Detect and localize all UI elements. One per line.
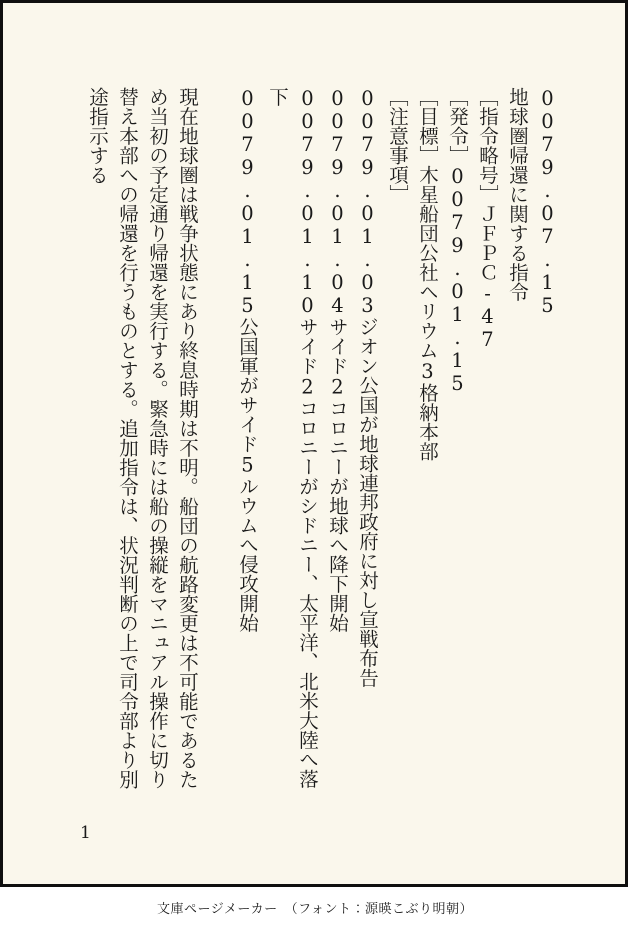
book-page: 0079.07.15 地球圏帰還に関する指令 ［指令略号］ＪＦＰＣ-47 ［発令… [0,0,628,887]
vertical-text-block: 0079.07.15 地球圏帰還に関する指令 ［指令略号］ＪＦＰＣ-47 ［発令… [82,87,562,794]
footer: 文庫ページメーカー （フォント：源暎こぶり明朝） [0,887,630,928]
blank-line [202,87,232,794]
text-line-event-2: 0079.01.04サイド2コロニーが地球へ降下開始 [322,87,352,794]
footer-caption: 文庫ページメーカー （フォント：源暎こぶり明朝） [157,898,473,917]
text-line-event-1: 0079.01.03ジオン公国が地球連邦政府に対し宣戦布告 [352,87,382,794]
text-line-title: 地球圏帰還に関する指令 [502,87,532,794]
text-line-directive-code: ［指令略号］ＪＦＰＣ-47 [472,87,502,794]
text-line-target: ［目標］木星船団公社ヘリウム3格納本部 [412,87,442,794]
text-line-date-header: 0079.07.15 [532,87,562,794]
body-paragraph: 現在地球圏は戦争状態にあり終息時期は不明。船団の航路変更は不可能であるため当初の… [82,87,202,794]
text-line-issued: ［発令］0079.01.15 [442,87,472,794]
text-line-notes-heading: ［注意事項］ [382,87,412,794]
page-number: 1 [80,823,91,843]
text-line-event-4: 0079.01.15公国軍がサイド5ルウムへ侵攻開始 [232,87,262,794]
text-line-event-3: 0079.01.10サイド2コロニーがシドニー、太平洋、北米大陸へ落下 [262,87,322,794]
